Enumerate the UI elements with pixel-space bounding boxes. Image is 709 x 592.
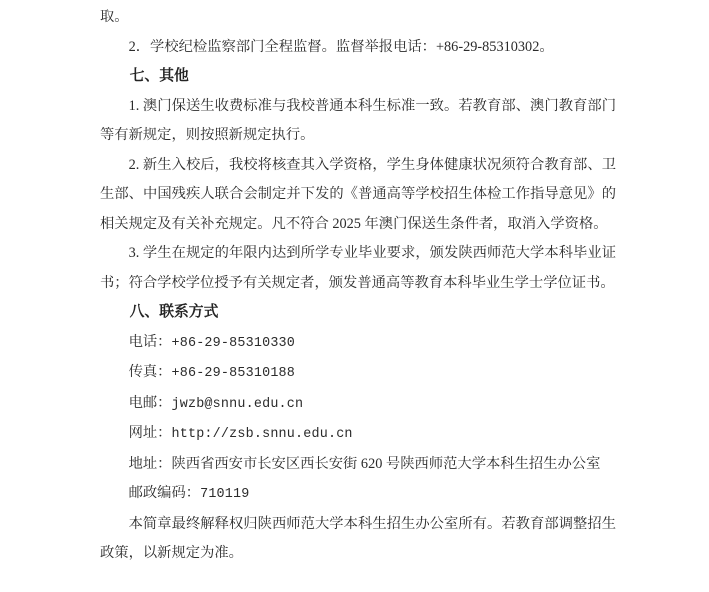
contact-value-postcode: 710119 — [200, 487, 249, 502]
contact-value-phone: +86-29-85310330 — [171, 336, 295, 351]
contact-value-address: 陕西省西安市长安区西长安街 620 号陕西师范大学本科生招生办公室 — [171, 456, 600, 472]
paragraph-enrollment-check: 2. 新生入校后，我校将核查其入学资格，学生身体健康状况须符合教育部、卫生部、中… — [100, 151, 616, 240]
contact-label-email: 电邮： — [129, 395, 172, 411]
contact-value-website: http://zsb.snnu.edu.cn — [171, 427, 352, 442]
paragraph-supervision: 2．学校纪检监察部门全程监督。监督举报电话：+86-29-85310302。 — [100, 33, 616, 63]
contact-row-email: 电邮：jwzb@snnu.edu.cn — [100, 389, 616, 420]
paragraph-graduation-certificate: 3. 学生在规定的年限内达到所学专业毕业要求，颁发陕西师范大学本科毕业证书；符合… — [100, 239, 616, 298]
contact-row-address: 地址：陕西省西安市长安区西长安街 620 号陕西师范大学本科生招生办公室 — [100, 450, 616, 480]
contact-label-postcode: 邮政编码： — [129, 485, 200, 501]
section-heading-contact: 八、联系方式 — [100, 298, 616, 328]
paragraph-fee-standard: 1. 澳门保送生收费标准与我校普通本科生标准一致。若教育部、澳门教育部门等有新规… — [100, 92, 616, 151]
contact-label-website: 网址： — [129, 425, 172, 441]
contact-row-phone: 电话：+86-29-85310330 — [100, 328, 616, 359]
paragraph-continuation-fragment: 取。 — [100, 3, 616, 33]
contact-label-phone: 电话： — [129, 334, 172, 350]
contact-row-website: 网址：http://zsb.snnu.edu.cn — [100, 419, 616, 450]
section-heading-other: 七、其他 — [100, 62, 616, 92]
contact-label-address: 地址： — [129, 456, 172, 472]
contact-value-fax: +86-29-85310188 — [171, 366, 295, 381]
contact-row-postcode: 邮政编码：710119 — [100, 479, 616, 510]
contact-label-fax: 传真： — [129, 364, 172, 380]
document-page: 取。 2．学校纪检监察部门全程监督。监督举报电话：+86-29-85310302… — [0, 0, 709, 592]
contact-value-email: jwzb@snnu.edu.cn — [171, 397, 303, 412]
paragraph-disclaimer: 本简章最终解释权归陕西师范大学本科生招生办公室所有。若教育部调整招生政策，以新规… — [100, 510, 616, 569]
contact-row-fax: 传真：+86-29-85310188 — [100, 358, 616, 389]
document-content: 取。 2．学校纪检监察部门全程监督。监督举报电话：+86-29-85310302… — [100, 3, 616, 569]
